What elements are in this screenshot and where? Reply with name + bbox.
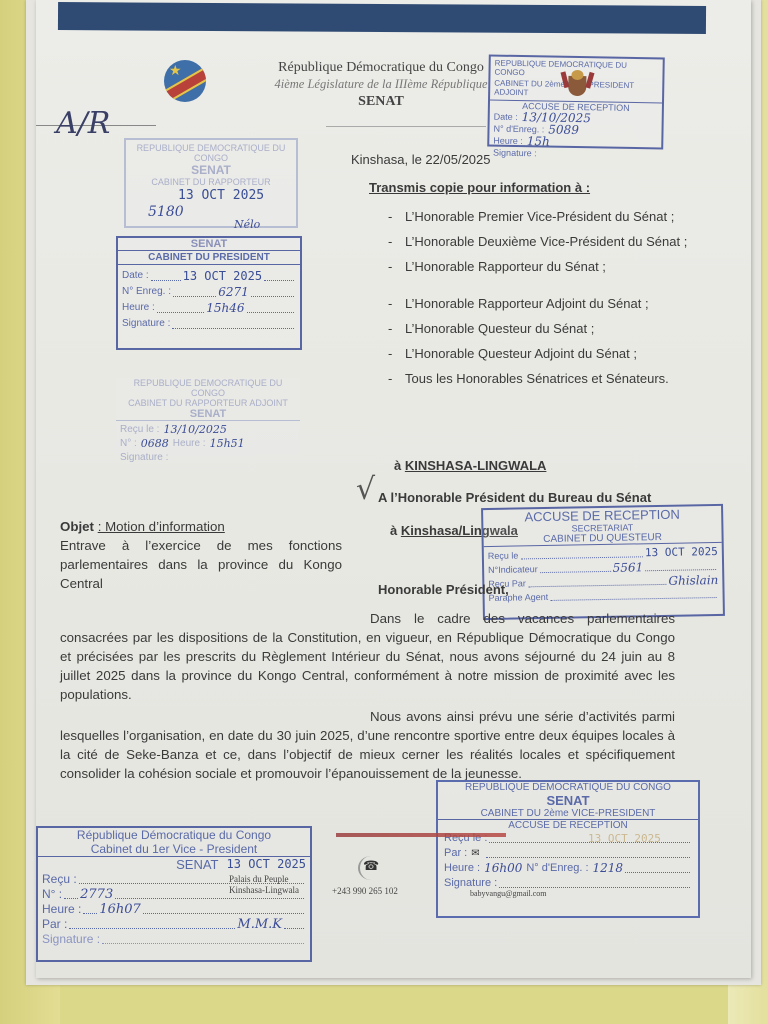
list-item: L’Honorable Questeur Adjoint du Sénat ; (383, 343, 693, 364)
stamp-par: M.M.K (237, 917, 282, 932)
body-paragraph-1: Dans le cadre des vacances parlementaire… (60, 609, 675, 704)
coat-of-arms-icon (562, 66, 593, 101)
stamp-number: 2773 (80, 887, 113, 902)
letter-page: ★ République Démocratique du Congo 4ième… (36, 0, 751, 978)
copies-heading: Transmis copie pour information à : (369, 180, 590, 195)
list-item: L’Honorable Deuxième Vice-Président du S… (383, 231, 693, 252)
list-item: L’Honorable Questeur du Sénat ; (383, 318, 693, 339)
stamp-date: 13 OCT 2025 (645, 545, 718, 560)
letterhead-institution: SENAT (236, 94, 526, 110)
list-item: L’Honorable Rapporteur du Sénat ; (383, 256, 693, 277)
stamp-recu-par: Ghislain (668, 573, 718, 588)
list-item: Tous les Honorables Sénatrices et Sénate… (383, 368, 693, 389)
divider (326, 126, 486, 127)
checkmark-annotation: √ (356, 472, 375, 507)
stamp-number: 0688 (141, 437, 169, 451)
footer-email: babyvangu@gmail.com (470, 889, 546, 898)
letterhead: République Démocratique du Congo 4ième L… (236, 60, 526, 110)
stamp-heure: 16h07 (99, 902, 140, 917)
stamp-cabinet-adjoint: REPUBLIQUE DEMOCRATIQUE DU CONGO CABINET… (487, 54, 665, 149)
stamp-enreg: 5089 (548, 124, 579, 137)
stamp-heure: 15h46 (206, 300, 244, 316)
handwritten-annotation: A/R (56, 106, 110, 141)
letterhead-country: République Démocratique du Congo (236, 60, 526, 76)
stamp-questeur: ACCUSE DE RECEPTION SECRETARIAT CABINET … (481, 504, 725, 620)
stamp-cabinet-rapporteur: REPUBLIQUE DEMOCRATIQUE DU CONGO SENAT C… (124, 138, 298, 228)
drc-flag-emblem-icon: ★ (164, 60, 206, 102)
stamp-initials: Nélo (234, 218, 260, 231)
stamp-heure: 15h51 (210, 437, 245, 451)
subject-title: : Motion d’information (98, 519, 225, 534)
stamp-date: 13 OCT 2025 (588, 832, 661, 845)
addressee-line1: A l’Honorable Président du Bureau du Sén… (378, 490, 651, 505)
stamp-date: 13 OCT 2025 (183, 268, 262, 284)
stamp-cabinet-president: SENAT CABINET DU PRESIDENT Date :13 OCT … (116, 236, 302, 350)
stamp-number: 5180 (148, 204, 184, 220)
stamp-enreg: 1218 (593, 861, 624, 876)
stamp-date: 13 OCT 2025 (227, 857, 306, 872)
place-line: à KINSHASA-LINGWALA (394, 458, 546, 473)
stamp-date: 13 OCT 2025 (178, 188, 264, 203)
stamp-indicateur: 5561 (613, 560, 644, 575)
salutation: Honorable Président, (378, 582, 509, 597)
telephone-icon: ☎ (363, 858, 379, 874)
red-underline-mark (336, 833, 506, 837)
place-city: KINSHASA-LINGWALA (405, 458, 547, 473)
date-line: Kinshasa, le 22/05/2025 (351, 152, 491, 167)
stamp-enreg: 6271 (218, 284, 249, 300)
body-paragraph-2: Nous avons ainsi prévu une série d’activ… (60, 707, 675, 783)
subject-block: Objet : Motion d’information Entrave à l… (60, 517, 342, 593)
copies-list: L’Honorable Premier Vice-Président du Sé… (383, 206, 693, 393)
subject-text: Entrave à l’exercice de mes fonctions pa… (60, 536, 342, 593)
stamp-date: 13/10/2025 (163, 423, 226, 437)
footer-address: Palais du Peuple Kinshasa-Lingwala (229, 874, 299, 896)
letterhead-legislature: 4ième Législature de la IIIème Républiqu… (236, 77, 526, 92)
envelope-icon: ✉ (471, 846, 479, 861)
stamp-heure: 15h (527, 135, 550, 147)
stamp-heure: 16h00 (484, 861, 522, 876)
subject-label: Objet (60, 519, 94, 534)
header-band (58, 2, 706, 34)
list-item: L’Honorable Premier Vice-Président du Sé… (383, 206, 693, 227)
footer-phone: +243 990 265 102 (332, 886, 398, 896)
list-item: L’Honorable Rapporteur Adjoint du Sénat … (383, 293, 693, 314)
stamp-rapporteur-adjoint: REPUBLIQUE DEMOCRATIQUE DU CONGO CABINET… (116, 378, 300, 456)
